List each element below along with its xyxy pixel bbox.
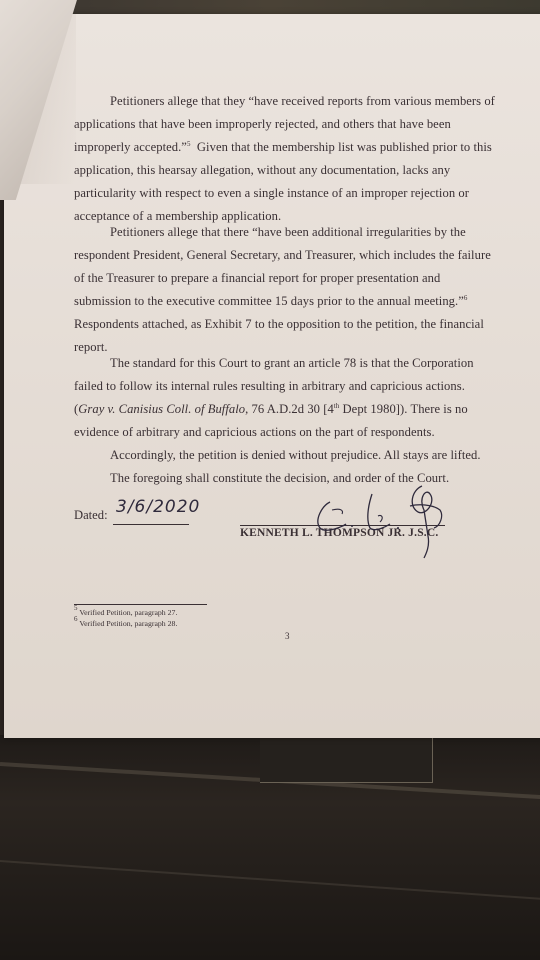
paragraph-1: Petitioners allege that they “have recei…: [74, 90, 494, 228]
footnote-5: 5 Verified Petition, paragraph 27.: [74, 608, 177, 617]
footnote-number: 6: [74, 615, 78, 623]
footnote-text: Verified Petition, paragraph 27.: [79, 608, 177, 617]
paragraph-3: The standard for this Court to grant an …: [74, 352, 494, 444]
text-line: The standard for this Court to grant an …: [74, 352, 494, 375]
date-line: [113, 524, 189, 525]
text-line: improperly accepted.”5 Given that the me…: [74, 136, 494, 159]
footnote-text: Verified Petition, paragraph 28.: [79, 619, 177, 628]
text-line: respondent President, General Secretary,…: [74, 244, 494, 267]
text-line: Accordingly, the petition is denied with…: [74, 444, 494, 467]
handwritten-date: 3/6/2020: [116, 497, 200, 517]
text-line: applications that have been improperly r…: [74, 113, 494, 136]
document-page: Petitioners allege that they “have recei…: [4, 14, 540, 738]
text-span: Given that the membership list was publi…: [197, 140, 492, 154]
quote-end: improperly accepted.”: [74, 140, 187, 154]
text-line: evidence of arbitrary and capricious act…: [74, 421, 494, 444]
text-line: of the Treasurer to prepare a financial …: [74, 267, 494, 290]
footnote-number: 5: [74, 604, 78, 612]
paragraph-2: Petitioners allege that there “have been…: [74, 221, 494, 359]
text-span: submission to the executive committee 15…: [74, 294, 464, 308]
text-line: submission to the executive committee 15…: [74, 290, 494, 313]
footnote-ref[interactable]: 5: [187, 140, 191, 148]
case-citation: Gray v. Canisius Coll. of Buffalo: [78, 402, 245, 416]
text-line: application, this hearsay allegation, wi…: [74, 159, 494, 182]
dated-label: Dated:: [74, 508, 108, 523]
signature-icon: [300, 480, 470, 560]
text-line: Petitioners allege that they “have recei…: [74, 90, 494, 113]
citation-line: (Gray v. Canisius Coll. of Buffalo, 76 A…: [74, 398, 494, 421]
footnote-rule: [74, 604, 207, 605]
text-span: Dept 1980]). There is no: [339, 402, 467, 416]
paragraph-4: Accordingly, the petition is denied with…: [74, 444, 494, 467]
text-span: , 76 A.D.2d 30 [4: [245, 402, 334, 416]
text-line: failed to follow its internal rules resu…: [74, 375, 494, 398]
text-line: Respondents attached, as Exhibit 7 to th…: [74, 313, 494, 336]
footnote-ref[interactable]: 6: [464, 294, 468, 302]
text-line: particularity with respect to even a sin…: [74, 182, 494, 205]
page-number: 3: [285, 631, 290, 641]
text-line: Petitioners allege that there “have been…: [74, 221, 494, 244]
footnote-6: 6 Verified Petition, paragraph 28.: [74, 619, 177, 628]
